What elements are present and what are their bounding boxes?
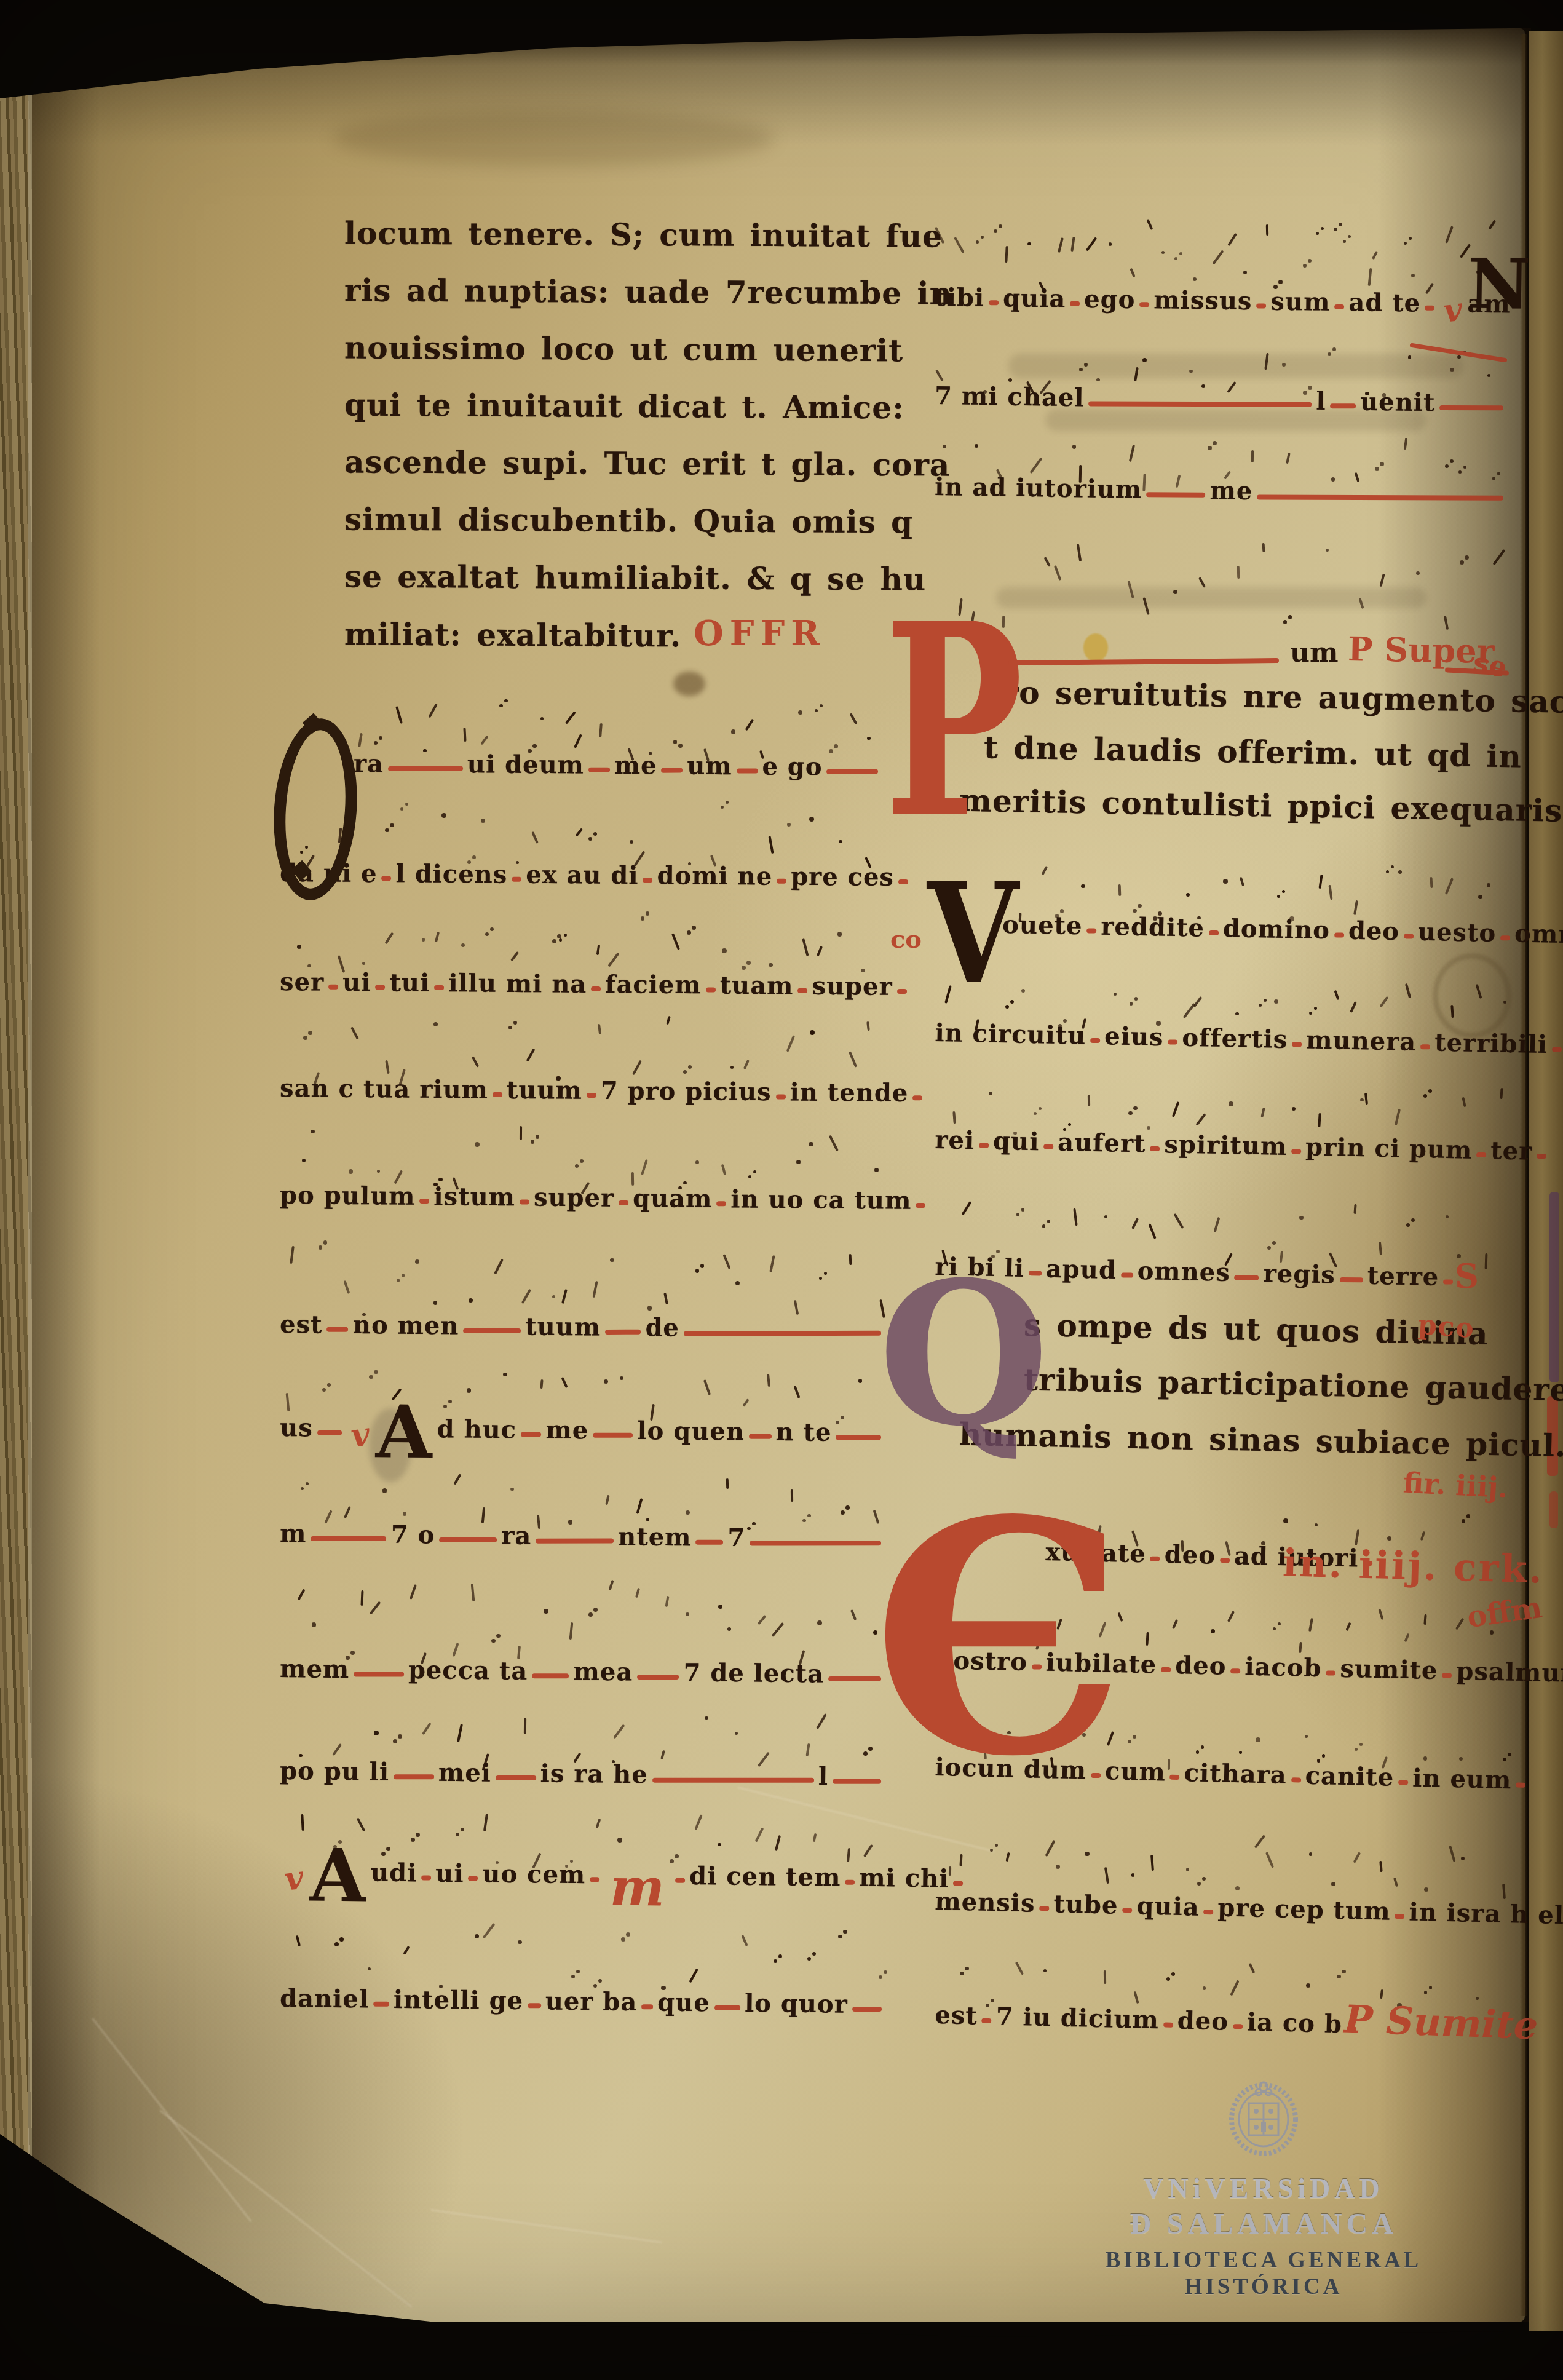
neume-mark bbox=[949, 1866, 951, 1876]
chant-word: omnes bbox=[1137, 1259, 1230, 1285]
neume-mark bbox=[1131, 1218, 1139, 1229]
chant-line: po pulumistumsuperquamin uo ca tum bbox=[280, 1172, 885, 1213]
neume-mark bbox=[1404, 1633, 1410, 1642]
neume-mark bbox=[641, 1159, 648, 1175]
chant-word: ad te bbox=[1348, 290, 1420, 315]
chant-word: munera bbox=[1306, 1028, 1417, 1055]
neume-mark bbox=[297, 945, 301, 949]
chant-line: vAudiuiuo cemmdi cen temmi chi bbox=[280, 1849, 886, 1890]
chant-word: 7 pro picius bbox=[601, 1079, 772, 1105]
red-extender bbox=[587, 1093, 596, 1098]
neume-mark bbox=[1174, 257, 1178, 261]
neume-mark bbox=[1321, 227, 1324, 230]
chant-line: in ad iutoriumme bbox=[935, 464, 1508, 507]
chant-word: de bbox=[645, 1315, 679, 1340]
neume-mark bbox=[819, 1277, 822, 1280]
neume-mark bbox=[1292, 1107, 1296, 1111]
neume-mark bbox=[1251, 450, 1254, 462]
neume-mark bbox=[1142, 597, 1149, 615]
neume-mark bbox=[1462, 1097, 1466, 1106]
neume-mark bbox=[481, 819, 485, 823]
facing-page-red-tick bbox=[1549, 1491, 1558, 1528]
red-extender bbox=[590, 1877, 599, 1882]
chant-word: tube bbox=[1053, 1892, 1118, 1918]
neume-mark bbox=[837, 932, 842, 936]
neume-mark bbox=[755, 1827, 764, 1842]
neume-mark bbox=[718, 1605, 722, 1609]
neume-mark bbox=[630, 840, 633, 844]
neume-mark bbox=[1503, 1001, 1506, 1004]
neume-mark bbox=[1282, 363, 1286, 367]
neume-mark bbox=[1489, 220, 1497, 229]
red-extender bbox=[434, 985, 444, 990]
neume-mark bbox=[593, 1281, 598, 1298]
neume-mark bbox=[1475, 984, 1482, 999]
neume-mark bbox=[1079, 368, 1083, 371]
chant-word: l dicens bbox=[395, 862, 507, 887]
prose-line: nouissimo loco ut cum uenerit bbox=[344, 330, 904, 369]
red-extender bbox=[520, 1199, 529, 1204]
neume-mark bbox=[774, 1959, 777, 1963]
chant-word: uo cem bbox=[482, 1862, 585, 1887]
neume-mark bbox=[564, 934, 567, 937]
neume-mark bbox=[1487, 374, 1491, 378]
neume-mark bbox=[1380, 1861, 1383, 1873]
neume-mark bbox=[339, 1937, 344, 1942]
neume-mark bbox=[1173, 590, 1178, 595]
neume-mark bbox=[735, 1281, 740, 1285]
chant-word: me bbox=[1209, 478, 1252, 504]
chant-word: um bbox=[687, 754, 732, 779]
neume-mark bbox=[433, 1022, 438, 1027]
prose-line: simul discubentib. Quia omis q bbox=[344, 501, 913, 541]
red-extender bbox=[1256, 303, 1266, 308]
neume-mark bbox=[636, 1498, 643, 1514]
neume-mark bbox=[1393, 1878, 1398, 1887]
chant-word: qui bbox=[993, 1129, 1040, 1154]
neume-mark bbox=[1493, 549, 1506, 565]
neume-mark bbox=[1309, 1012, 1312, 1015]
chant-word: quia bbox=[1003, 286, 1066, 311]
chant-word: eius bbox=[1104, 1024, 1164, 1050]
neume-mark bbox=[521, 1289, 531, 1304]
red-extender bbox=[496, 1775, 536, 1780]
neume-mark bbox=[1359, 1743, 1363, 1746]
neume-mark bbox=[1042, 1224, 1045, 1228]
neume-mark bbox=[596, 944, 600, 954]
neume-mark bbox=[308, 1031, 312, 1035]
neume-mark bbox=[999, 224, 1002, 228]
neume-mark bbox=[671, 933, 680, 950]
neume-mark bbox=[491, 1639, 496, 1643]
neume-mark bbox=[1237, 566, 1240, 579]
red-extender bbox=[750, 1541, 881, 1545]
chant-word: 7 iu dicium bbox=[995, 2004, 1159, 2033]
red-extender bbox=[1121, 1272, 1133, 1277]
neume-mark bbox=[494, 1258, 504, 1274]
chant-word: domi ne bbox=[657, 863, 772, 889]
neume-mark bbox=[866, 1021, 870, 1031]
neume-mark bbox=[1372, 251, 1378, 260]
neume-mark bbox=[700, 1264, 705, 1268]
neume-mark bbox=[1348, 235, 1351, 238]
neume-mark bbox=[1308, 1618, 1313, 1632]
versus-mark: v bbox=[284, 1870, 304, 1888]
neume-mark bbox=[1104, 1215, 1107, 1218]
manuscript-photo: raui deummeume goda ni el dicensex au di… bbox=[0, 0, 1563, 2380]
neume-mark bbox=[1058, 237, 1064, 253]
red-extender bbox=[1420, 1044, 1430, 1049]
neume-mark bbox=[1303, 264, 1307, 268]
chant-word: sum bbox=[1270, 290, 1330, 315]
neume-mark bbox=[743, 1398, 750, 1407]
neume-mark bbox=[379, 736, 382, 740]
neume-mark bbox=[1478, 895, 1482, 899]
neume-mark bbox=[1034, 1112, 1037, 1115]
neume-mark bbox=[722, 1254, 730, 1269]
neume-mark bbox=[1328, 885, 1332, 900]
neume-mark bbox=[1305, 1735, 1308, 1738]
initial-P: P bbox=[884, 618, 1023, 824]
neume-mark bbox=[499, 704, 502, 707]
neume-mark bbox=[1424, 1614, 1427, 1625]
red-extender bbox=[439, 1537, 497, 1542]
neume-mark bbox=[620, 1376, 623, 1380]
neume-mark bbox=[385, 932, 394, 944]
red-extender bbox=[388, 766, 463, 771]
red-extender bbox=[327, 1327, 349, 1332]
neume-mark bbox=[1345, 1622, 1351, 1631]
neume-mark bbox=[1274, 999, 1278, 1004]
neume-mark bbox=[456, 1833, 459, 1836]
neume-mark bbox=[718, 1843, 721, 1846]
neume-mark bbox=[1202, 1877, 1206, 1881]
neume-mark bbox=[1128, 1740, 1131, 1743]
neume-mark bbox=[960, 1972, 964, 1975]
neume-mark bbox=[1109, 242, 1112, 245]
neume-mark bbox=[1339, 223, 1342, 226]
neume-mark bbox=[1261, 1108, 1265, 1118]
red-extender bbox=[675, 1878, 685, 1883]
chant-word: prin ci pum bbox=[1305, 1135, 1473, 1163]
chant-word: canite bbox=[1305, 1764, 1394, 1790]
chant-line: tibiquiaegomissussumad tevNam bbox=[935, 274, 1508, 317]
neume-mark bbox=[1171, 1972, 1175, 1976]
neume-mark bbox=[1042, 866, 1048, 875]
neume-mark bbox=[1203, 1986, 1206, 1989]
chant-line: mempecca tamea7 de lecta bbox=[280, 1646, 886, 1687]
neume-mark bbox=[610, 1258, 614, 1263]
neume-mark bbox=[298, 1589, 306, 1601]
neume-mark bbox=[1380, 462, 1384, 466]
red-extender bbox=[1439, 405, 1503, 410]
red-extender bbox=[684, 1331, 881, 1336]
chant-word: in circuitu bbox=[935, 1021, 1086, 1049]
chant-word: mea bbox=[573, 1660, 633, 1685]
neume-mark bbox=[552, 939, 556, 943]
neume-mark bbox=[1461, 1857, 1465, 1860]
chant-word: m bbox=[280, 1521, 307, 1546]
neume-mark bbox=[1465, 555, 1468, 559]
chant-word: est bbox=[935, 2003, 978, 2029]
red-extender bbox=[463, 1328, 521, 1333]
neume-mark bbox=[510, 1488, 513, 1491]
neume-mark bbox=[965, 1967, 968, 1970]
neume-mark bbox=[1319, 875, 1323, 889]
neume-mark bbox=[390, 823, 394, 827]
neume-mark bbox=[1266, 224, 1268, 236]
stain bbox=[332, 111, 775, 166]
neume-mark bbox=[1072, 445, 1076, 448]
chant-word: pecca ta bbox=[408, 1658, 528, 1684]
neume-mark bbox=[1265, 1852, 1274, 1868]
chant-word: e go bbox=[762, 755, 822, 780]
neume-mark bbox=[1267, 1246, 1271, 1250]
red-extender bbox=[1292, 1042, 1302, 1047]
neume-mark bbox=[441, 813, 446, 818]
neume-mark bbox=[1408, 355, 1411, 359]
red-extender bbox=[1233, 2024, 1243, 2029]
neume-mark bbox=[621, 1937, 625, 1942]
neume-mark bbox=[1355, 1748, 1358, 1751]
neume-mark bbox=[1172, 1619, 1178, 1630]
red-extender bbox=[317, 1430, 342, 1435]
red-extender bbox=[605, 1330, 641, 1335]
red-extender bbox=[1326, 1670, 1335, 1675]
neume-mark bbox=[1130, 1002, 1133, 1005]
red-extender bbox=[373, 2002, 389, 2007]
red-extender bbox=[898, 879, 908, 884]
neume-mark bbox=[1309, 1852, 1313, 1856]
chant-word: ra bbox=[501, 1523, 531, 1548]
neume-mark bbox=[735, 1732, 738, 1735]
neume-mark bbox=[769, 1255, 775, 1272]
neume-mark bbox=[848, 1051, 857, 1067]
neume-mark bbox=[1070, 237, 1075, 252]
neume-mark bbox=[520, 1126, 522, 1140]
red-extender bbox=[1150, 1146, 1160, 1151]
neume-mark bbox=[469, 1298, 473, 1303]
neume-mark bbox=[403, 1946, 410, 1955]
neume-mark bbox=[874, 1168, 878, 1172]
red-extender bbox=[979, 1143, 989, 1148]
neume-mark bbox=[1394, 1109, 1400, 1125]
university-seal-icon bbox=[1223, 2079, 1304, 2156]
chant-word: iacob bbox=[1244, 1655, 1322, 1681]
neume-mark bbox=[1223, 879, 1228, 884]
chant-word: est bbox=[280, 1312, 323, 1338]
neume-mark bbox=[1264, 353, 1268, 370]
neume-mark bbox=[608, 1580, 614, 1591]
neume-mark bbox=[306, 1482, 309, 1485]
chant-word: apud bbox=[1046, 1257, 1117, 1283]
neume-mark bbox=[467, 1388, 472, 1393]
neume-mark bbox=[829, 1135, 839, 1152]
chant-word: in uo ca tum bbox=[730, 1187, 911, 1213]
neume-mark bbox=[758, 1615, 767, 1625]
neume-mark bbox=[1133, 1735, 1136, 1739]
initial-A-inline: A bbox=[376, 1413, 432, 1450]
red-extender bbox=[661, 768, 683, 773]
red-extender bbox=[1209, 930, 1219, 935]
chant-word: omnes bbox=[1514, 922, 1563, 948]
neume-mark bbox=[1463, 466, 1466, 469]
neume-mark bbox=[1086, 237, 1098, 252]
neume-mark bbox=[552, 1295, 555, 1298]
neume-mark bbox=[370, 1601, 381, 1615]
neume-mark bbox=[561, 1288, 568, 1303]
neume-mark bbox=[641, 916, 644, 920]
red-extender bbox=[1334, 304, 1344, 309]
neume-mark bbox=[745, 719, 754, 731]
chant-word: mensis bbox=[935, 1889, 1035, 1916]
chant-word: udi bbox=[371, 1861, 417, 1886]
neume-mark bbox=[1056, 1865, 1060, 1869]
chant-word: que bbox=[657, 1990, 710, 2015]
neume-mark bbox=[1151, 1855, 1155, 1871]
neume-mark bbox=[1445, 464, 1449, 468]
chant-word: terribili bbox=[1434, 1031, 1548, 1058]
neume-mark bbox=[1129, 445, 1135, 462]
rubric-co: co bbox=[890, 927, 922, 952]
red-extender bbox=[1122, 1908, 1132, 1913]
neume-mark bbox=[588, 1612, 593, 1617]
neume-mark bbox=[1387, 1536, 1391, 1541]
chant-word: ter bbox=[1490, 1138, 1533, 1164]
neume-mark bbox=[483, 1814, 488, 1831]
neume-mark bbox=[405, 803, 408, 806]
initial-A-inline: A bbox=[309, 1857, 366, 1894]
red-extender bbox=[532, 1673, 569, 1678]
neume-mark bbox=[1179, 252, 1183, 256]
chant-word: ra bbox=[354, 752, 384, 776]
red-extender bbox=[737, 768, 758, 773]
neume-mark bbox=[1118, 884, 1122, 897]
rubric-psalm-sumite: P Sumite bbox=[1343, 2001, 1538, 2045]
neume-mark bbox=[395, 706, 403, 724]
chant-word: uenit bbox=[1360, 390, 1436, 416]
red-extender bbox=[1537, 1154, 1546, 1159]
chant-word: reddite bbox=[1101, 914, 1205, 941]
neume-mark bbox=[796, 1160, 801, 1164]
watermark-university: VNiVERSiDAD bbox=[1073, 2172, 1454, 2205]
neume-mark bbox=[626, 1932, 630, 1937]
neume-mark bbox=[544, 1609, 548, 1614]
neume-mark bbox=[1128, 581, 1134, 598]
neume-mark bbox=[382, 1488, 387, 1493]
neume-mark bbox=[374, 1731, 379, 1735]
neume-mark bbox=[812, 1952, 816, 1956]
neume-mark bbox=[580, 1159, 584, 1163]
red-extender bbox=[593, 1433, 633, 1438]
neume-mark bbox=[695, 1160, 699, 1164]
neume-mark bbox=[1027, 242, 1031, 246]
chant-word: d huc bbox=[437, 1417, 517, 1442]
chant-word: psalmum bbox=[1456, 1659, 1563, 1686]
neume-mark bbox=[1043, 557, 1050, 566]
neume-mark bbox=[344, 1280, 350, 1295]
chant-word: spiritum bbox=[1164, 1132, 1288, 1159]
red-extender bbox=[845, 1880, 855, 1885]
neume-mark bbox=[994, 229, 997, 233]
neume-mark bbox=[1353, 1852, 1361, 1863]
chant-word: quia bbox=[1136, 1894, 1200, 1919]
neume-mark bbox=[1161, 251, 1165, 254]
neume-mark bbox=[809, 1142, 813, 1147]
red-extender bbox=[1043, 1144, 1053, 1149]
neume-mark bbox=[472, 1056, 479, 1067]
neume-mark bbox=[990, 1849, 993, 1852]
neume-mark bbox=[1331, 1882, 1335, 1886]
neume-mark bbox=[1364, 1093, 1368, 1105]
neume-mark bbox=[787, 823, 791, 827]
chant-word: pre ces bbox=[791, 865, 894, 890]
neume-mark bbox=[1128, 1111, 1133, 1116]
neume-mark bbox=[1277, 895, 1280, 898]
red-extender bbox=[1443, 1279, 1453, 1284]
chant-word: intelli ge bbox=[394, 1988, 524, 2013]
chant-word: deo bbox=[1177, 2009, 1229, 2034]
chant-word: super bbox=[534, 1186, 614, 1211]
neume-mark bbox=[1428, 1089, 1432, 1093]
neume-mark bbox=[1021, 989, 1025, 993]
neume-mark bbox=[1485, 1253, 1488, 1269]
red-extender bbox=[1404, 934, 1414, 938]
neume-mark bbox=[1074, 1208, 1078, 1226]
chant-word: po pu li bbox=[280, 1759, 389, 1785]
neume-mark bbox=[1282, 890, 1285, 893]
chant-word: ui bbox=[342, 970, 371, 995]
neume-mark bbox=[1085, 1852, 1089, 1856]
neume-mark bbox=[1420, 1531, 1425, 1541]
neume-mark bbox=[815, 709, 818, 713]
chant-word: pre cep tum bbox=[1217, 1895, 1391, 1924]
chant-line: estno mentuumde bbox=[280, 1301, 885, 1343]
neume-mark bbox=[667, 1016, 671, 1025]
chant-word: offertis bbox=[1182, 1026, 1288, 1052]
chant-word: super bbox=[812, 974, 892, 999]
neume-mark bbox=[475, 1142, 480, 1147]
neume-mark bbox=[1256, 1737, 1260, 1742]
neume-mark bbox=[794, 1386, 801, 1398]
neume-mark bbox=[393, 1739, 397, 1743]
neume-mark bbox=[290, 1246, 295, 1264]
neume-mark bbox=[1166, 1977, 1170, 1981]
rubric-pco: pco bbox=[1417, 1312, 1476, 1343]
neume-mark bbox=[385, 828, 389, 832]
neume-mark bbox=[368, 1967, 371, 1970]
neume-mark bbox=[1446, 1215, 1449, 1218]
neume-mark bbox=[369, 1375, 373, 1379]
red-extender bbox=[1500, 935, 1510, 940]
neume-mark bbox=[1193, 996, 1203, 1007]
neume-mark bbox=[824, 1272, 827, 1275]
neume-mark bbox=[694, 1814, 703, 1830]
neume-mark bbox=[1054, 565, 1061, 580]
red-extender bbox=[1234, 1275, 1259, 1280]
chant-word: l bbox=[1316, 389, 1326, 414]
neume-mark bbox=[1213, 250, 1224, 265]
neume-mark bbox=[302, 1159, 306, 1162]
neume-mark bbox=[415, 1259, 420, 1264]
neume-mark bbox=[981, 236, 984, 239]
rubric-p-super: P Super bbox=[1348, 632, 1495, 668]
neume-mark bbox=[1404, 242, 1407, 245]
neume-mark bbox=[1360, 1098, 1364, 1102]
red-extender bbox=[382, 876, 392, 881]
neume-mark bbox=[311, 1130, 315, 1134]
chant-word: lo quen bbox=[637, 1419, 745, 1445]
